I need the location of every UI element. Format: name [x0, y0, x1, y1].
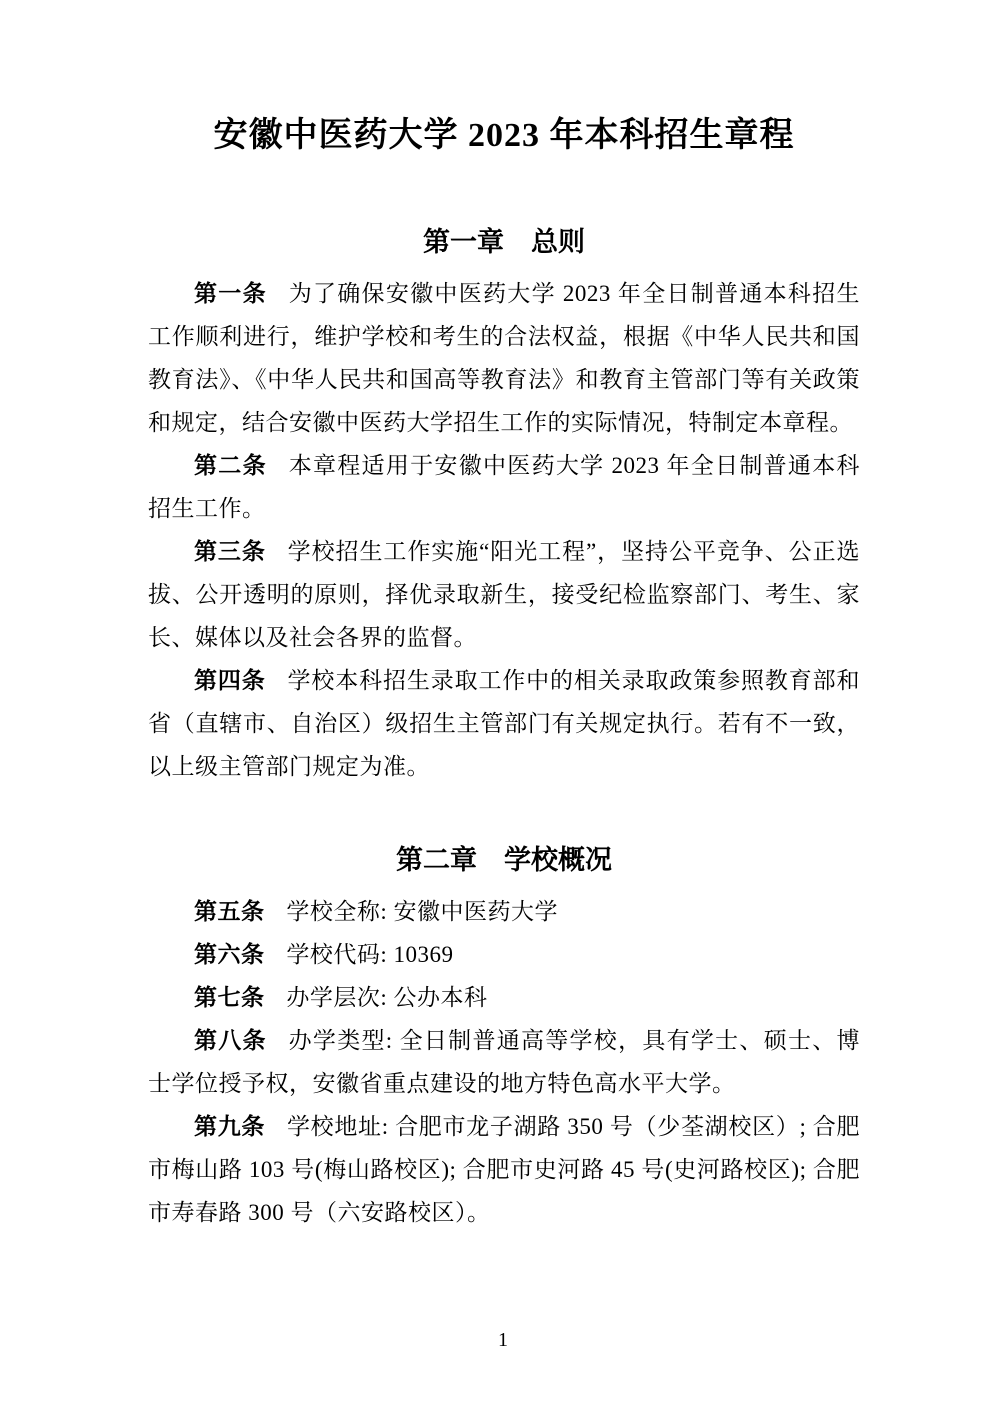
- chapter-school-overview: 第二章 学校概况 第五条学校全称: 安徽中医药大学 第六条学校代码: 10369…: [148, 840, 860, 1234]
- article-5-text: 学校全称: 安徽中医药大学: [286, 899, 558, 924]
- article-1: 第一条为了确保安徽中医药大学 2023 年全日制普通本科招生工作顺利进行，维护学…: [148, 272, 860, 444]
- article-5-label: 第五条: [194, 899, 265, 924]
- article-4: 第四条学校本科招生录取工作中的相关录取政策参照教育部和省（直辖市、自治区）级招生…: [148, 659, 860, 788]
- article-6-text: 学校代码: 10369: [286, 942, 453, 967]
- article-1-label: 第一条: [194, 281, 267, 306]
- article-7-label: 第七条: [194, 985, 265, 1010]
- article-7: 第七条办学层次: 公办本科: [148, 976, 860, 1019]
- article-9-label: 第九条: [194, 1114, 265, 1139]
- article-3-label: 第三条: [194, 539, 266, 564]
- article-2-label: 第二条: [194, 453, 267, 478]
- article-4-label: 第四条: [194, 668, 266, 693]
- article-2: 第二条本章程适用于安徽中医药大学 2023 年全日制普通本科招生工作。: [148, 444, 860, 530]
- chapter-general-provisions: 第一章 总则 第一条为了确保安徽中医药大学 2023 年全日制普通本科招生工作顺…: [148, 222, 860, 788]
- article-6: 第六条学校代码: 10369: [148, 933, 860, 976]
- document-page: 安徽中医药大学 2023 年本科招生章程 第一章 总则 第一条为了确保安徽中医药…: [0, 0, 1006, 1427]
- article-5: 第五条学校全称: 安徽中医药大学: [148, 890, 860, 933]
- chapter-1-heading: 第一章 总则: [148, 222, 860, 262]
- article-7-text: 办学层次: 公办本科: [286, 985, 487, 1010]
- document-title: 安徽中医药大学 2023 年本科招生章程: [148, 112, 860, 160]
- article-6-label: 第六条: [194, 942, 265, 967]
- article-8-label: 第八条: [194, 1028, 267, 1053]
- chapter-2-heading: 第二章 学校概况: [148, 840, 860, 880]
- page-number: 1: [0, 1328, 1006, 1352]
- article-9: 第九条学校地址: 合肥市龙子湖路 350 号（少荃湖校区）; 合肥市梅山路 10…: [148, 1105, 860, 1234]
- article-3: 第三条学校招生工作实施“阳光工程”，坚持公平竞争、公正选拔、公开透明的原则，择优…: [148, 530, 860, 659]
- article-8: 第八条办学类型: 全日制普通高等学校，具有学士、硕士、博士学位授予权，安徽省重点…: [148, 1019, 860, 1105]
